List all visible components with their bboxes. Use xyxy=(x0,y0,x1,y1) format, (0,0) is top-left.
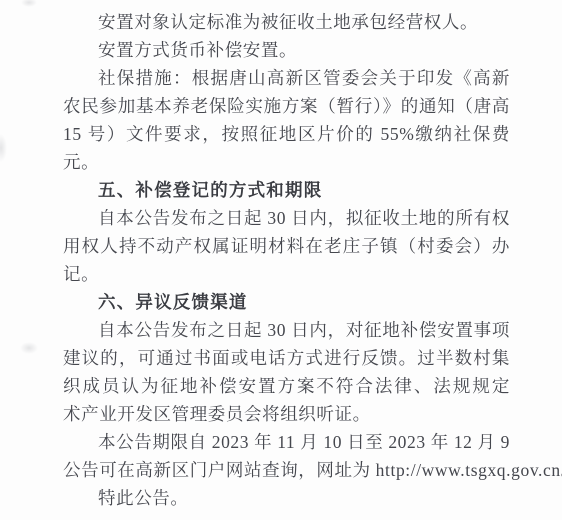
document-line: 织成员认为征地补偿安置方案不符合法律、法规规定的，高新技 xyxy=(63,372,510,400)
scanned-notice-page: 安置对象认定标准为被征收土地承包经营权人。安置方式货币补偿安置。社保措施：根据唐… xyxy=(0,0,562,520)
section-heading: 六、异议反馈渠道 xyxy=(63,288,510,316)
document-line: 记。 xyxy=(63,260,510,288)
document-line: 社保措施：根据唐山高新区管委会关于印发《高新区被征地 xyxy=(63,64,510,92)
document-line: 术产业开发区管理委员会将组织听证。 xyxy=(63,400,510,428)
document-body: 安置对象认定标准为被征收土地承包经营权人。安置方式货币补偿安置。社保措施：根据唐… xyxy=(63,8,510,512)
document-line: 15 号）文件要求，按照征地区片价的 55%缴纳社保费 1.4264 万 xyxy=(63,120,510,148)
document-line: 农民参加基本养老保险实施方案（暂行）》的通知（唐高发【2020】 xyxy=(63,92,510,120)
document-line: 公告可在高新区门户网站查询，网址为 http://www.tsgxq.gov.c… xyxy=(63,456,510,484)
document-line: 建议的，可通过书面或电话方式进行反馈。过半数村集体经济组 xyxy=(63,344,510,372)
document-line: 安置对象认定标准为被征收土地承包经营权人。 xyxy=(63,8,510,36)
document-line: 自本公告发布之日起 30 日内，拟征收土地的所有权人、使 xyxy=(63,204,510,232)
scan-artifact xyxy=(20,342,38,354)
document-line: 自本公告发布之日起 30 日内，对征地补偿安置事项有意见 xyxy=(63,316,510,344)
scan-artifact xyxy=(21,0,37,7)
document-line: 元。 xyxy=(63,148,510,176)
scan-artifact xyxy=(0,134,7,162)
section-heading: 五、补偿登记的方式和期限 xyxy=(63,176,510,204)
document-line: 安置方式货币补偿安置。 xyxy=(63,36,510,64)
document-line: 用权人持不动产权属证明材料在老庄子镇（村委会）办理补偿登 xyxy=(63,232,510,260)
document-line: 特此公告。 xyxy=(63,484,510,512)
document-line: 本公告期限自 2023 年 11 月 10 日至 2023 年 12 月 9 日… xyxy=(63,428,510,456)
